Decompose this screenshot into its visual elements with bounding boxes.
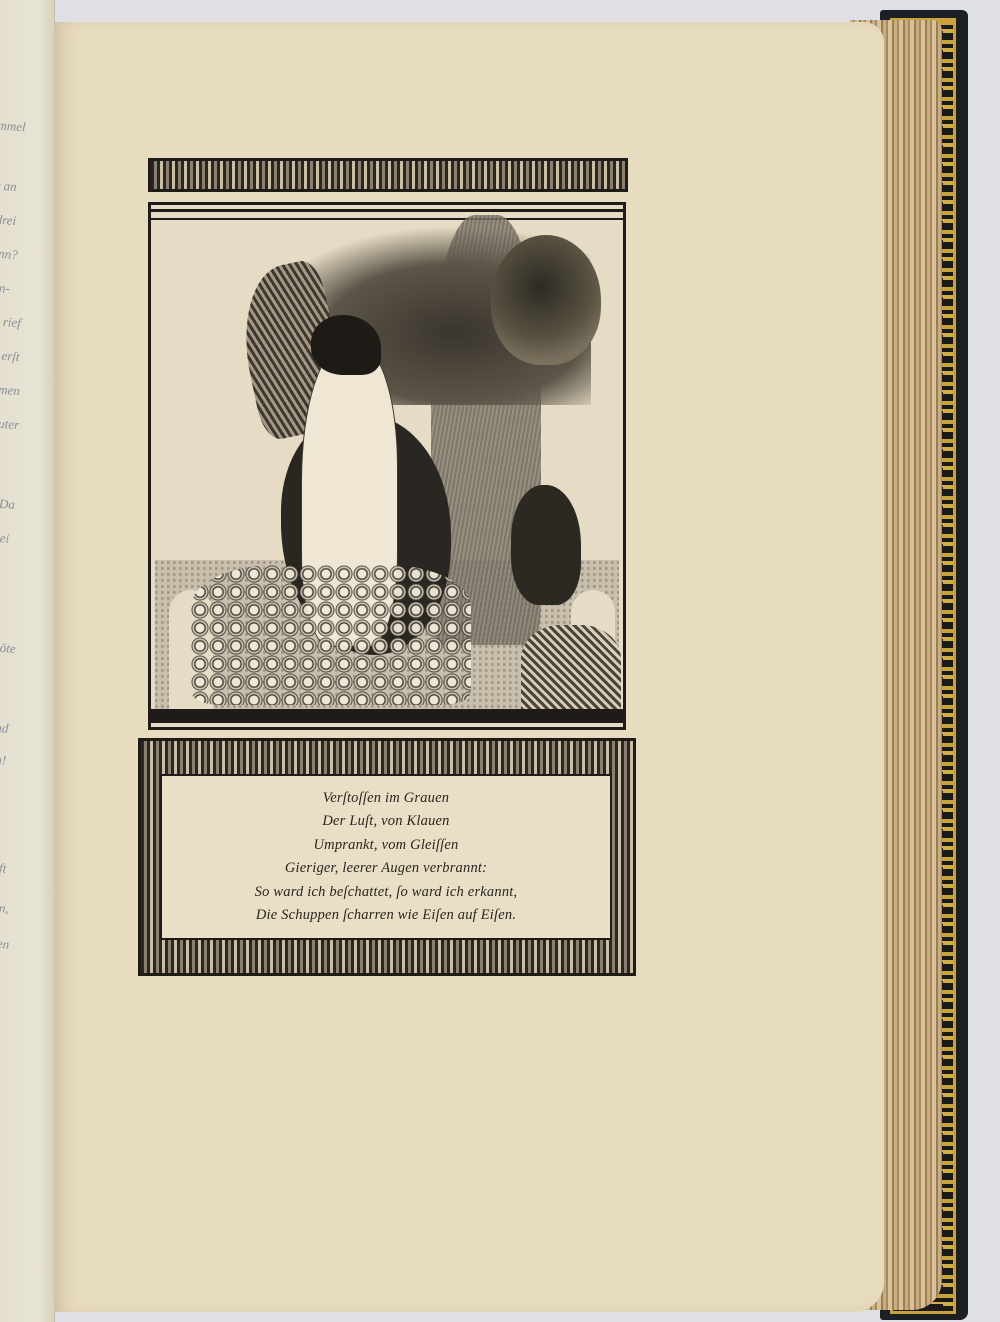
left-page-line: Saft	[0, 859, 7, 876]
left-page-line: b drei	[0, 211, 17, 229]
left-page-line: Hin-	[0, 279, 10, 297]
plate-bottom-rule	[151, 709, 623, 723]
left-page-line: nun,	[0, 899, 9, 917]
poem-line: Der Luſt, von Klauen	[322, 810, 449, 834]
poem-line: Verſtoſſen im Grauen	[323, 787, 449, 811]
left-page-line: ter an	[0, 177, 17, 195]
poem-line: Die Schuppen ſcharren wie Eiſen auf Eiſe…	[256, 904, 516, 928]
left-page-line: ſch!	[0, 751, 7, 768]
left-page-line: Kröte	[0, 639, 16, 657]
left-page-line: Und	[0, 719, 9, 737]
left-page: zammel ter an b drei denn? Hin- g!' rief…	[0, 0, 55, 1322]
left-page-line: n. Da	[0, 495, 15, 513]
left-page-line: denn?	[0, 245, 18, 263]
poem-line: Umprankt, vom Gleiſſen	[314, 834, 459, 858]
left-page-line: g!' rief	[0, 313, 21, 331]
left-page-line: de erſt	[0, 347, 20, 365]
left-page-line: ſtlen	[0, 935, 10, 953]
left-page-line: kamen	[0, 381, 20, 399]
poem-text-box: Verſtoſſen im Grauen Der Luſt, von Klaue…	[160, 774, 612, 940]
ornamental-top-band	[148, 158, 628, 192]
poem-line: So ward ich beſchattet, ſo ward ich erka…	[255, 881, 518, 905]
dragon-head	[491, 235, 601, 365]
illustration-plate	[148, 202, 626, 730]
left-page-line: zammel	[0, 117, 26, 136]
plate-top-rule	[151, 209, 623, 220]
poem-line: Gieriger, leerer Augen verbrannt:	[285, 857, 487, 881]
robed-onlookers	[521, 625, 621, 710]
rose-garland	[191, 565, 471, 705]
left-page-line: zwei	[0, 529, 10, 547]
small-demon	[511, 485, 581, 605]
left-page-line: deuter	[0, 415, 20, 433]
